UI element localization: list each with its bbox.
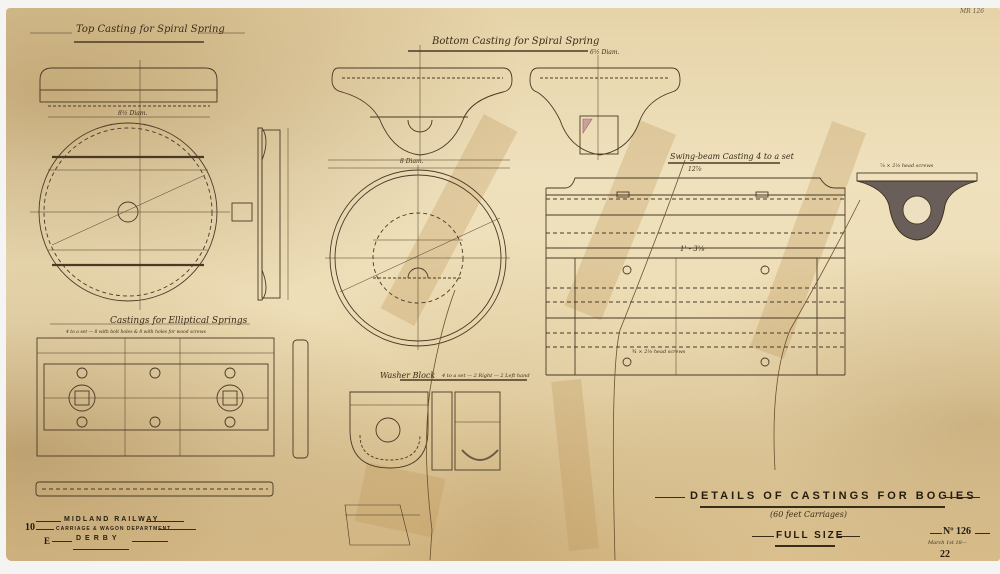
left-ref-letter: E — [44, 536, 50, 546]
location-underline — [73, 549, 129, 550]
company-location: DERBY — [76, 535, 121, 542]
title-rule-right — [945, 497, 980, 498]
title-rule-left — [655, 497, 685, 498]
sheet-number: 22 — [940, 549, 950, 560]
number-rule-right — [975, 533, 990, 534]
company-department: CARRIAGE & WAGON DEPARTMENT — [56, 526, 171, 532]
drawing-title: DETAILS OF CASTINGS FOR BOGIES — [690, 490, 977, 502]
dept-rule-right — [158, 529, 196, 530]
signature: March 1st 18— — [928, 540, 967, 546]
dimension-swing-beam-length: 1' - 3⅛ — [680, 245, 704, 253]
view-label-swing-beam: Swing-beam Casting 4 to a set — [670, 152, 794, 161]
note-swing-beam: ¾ × 2⅛ head screws — [632, 349, 685, 355]
location-rule-left — [52, 541, 72, 542]
drawing-scale: FULL SIZE — [776, 530, 844, 541]
note-elliptical-springs: 4 to a set — 8 with bolt holes & 8 with … — [66, 330, 206, 335]
company-rule-left — [36, 521, 61, 522]
dimension-bottom-casting-right: 6½ Diam. — [590, 49, 619, 56]
drawing-number: Nº 126 — [943, 526, 971, 537]
title-underline — [700, 506, 945, 508]
dimension-swing-beam-top: 12⅞ — [688, 166, 701, 173]
note-washer-block: 4 to a set — 2 Right — 2 Left hand — [442, 373, 530, 379]
technical-drawing-lines — [0, 0, 1000, 574]
drawing-sheet: Top Casting for Spiral Spring 8½ Diam. B… — [0, 0, 1000, 574]
scale-rule-right — [838, 536, 860, 537]
corner-reference: MR 126 — [960, 8, 984, 15]
left-ref-number: 10 — [25, 522, 35, 533]
dimension-top-casting: 8½ Diam. — [118, 110, 147, 117]
view-label-top-casting: Top Casting for Spiral Spring — [76, 24, 225, 35]
company-rule-right — [146, 521, 184, 522]
scale-rule-left — [752, 536, 774, 537]
scale-underline — [775, 545, 835, 547]
location-rule-right — [132, 541, 168, 542]
note-swing-beam-right: ⅞ × 2⅛ head screws — [880, 163, 933, 169]
dept-rule-left — [36, 529, 54, 530]
dimension-bottom-casting: 8 Diam. — [400, 158, 424, 165]
drawing-subtitle: (60 feet Carriages) — [770, 510, 847, 519]
view-label-washer-block: Washer Block — [380, 371, 435, 380]
view-label-bottom-casting: Bottom Casting for Spiral Spring — [432, 36, 599, 47]
view-label-elliptical-springs: Castings for Elliptical Springs — [110, 316, 247, 326]
number-rule-left — [930, 533, 942, 534]
